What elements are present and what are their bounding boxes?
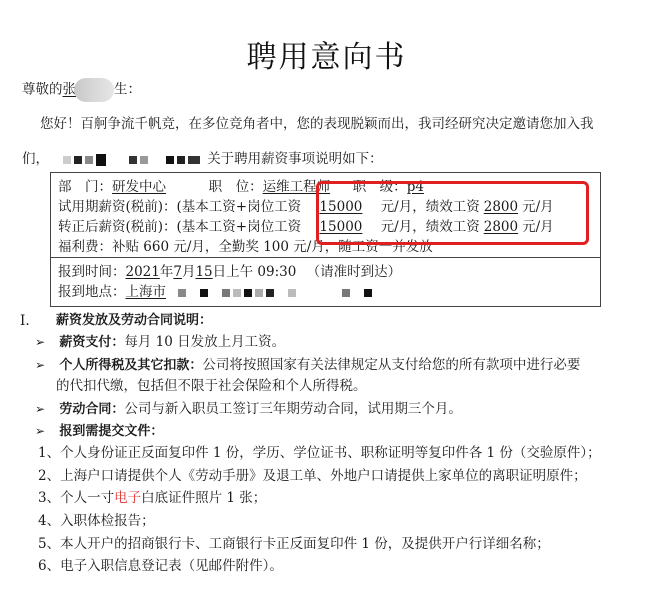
- redacted-company-name: [63, 151, 203, 169]
- report-place-value: 上海市: [126, 284, 167, 300]
- report-time-label: 报到时间：: [58, 264, 126, 280]
- intro-line-2: 们， 关于聘用薪资事项说明如下：: [22, 150, 383, 169]
- day-unit: 日上午 09:30: [213, 264, 297, 280]
- item-text: 个人一寸: [60, 490, 114, 506]
- document-title: 聘用意向书: [0, 32, 653, 76]
- intro-suffix: 关于聘用薪资事项说明如下：: [207, 151, 383, 167]
- item-number: 3、: [38, 490, 60, 506]
- bullet-label: 个人所得税及其它扣款：: [59, 358, 202, 373]
- document-item-4: 4、入职体检报告；: [38, 512, 155, 530]
- item-text: 上海户口请提供个人《劳动手册》及退工单、外地户口请提供上家单位的离职证明原件；: [60, 468, 587, 484]
- report-time-row: 报到时间：2021年7月15日上午 09:30 （请准时到达）: [58, 263, 401, 281]
- report-place-label: 报到地点：: [58, 284, 126, 300]
- section-numeral: I.: [20, 312, 30, 330]
- item-number: 5、: [38, 536, 60, 552]
- month-unit: 月: [182, 264, 196, 280]
- arrow-bullet-icon: ➢: [35, 335, 45, 349]
- greeting: 尊敬的张生：: [22, 78, 141, 102]
- document-item-2: 2、上海户口请提供个人《劳动手册》及退工单、外地户口请提供上家单位的离职证明原件…: [38, 467, 587, 485]
- bullet-label: 薪资支付：: [59, 335, 124, 350]
- bullet-required-documents: ➢ 报到需提交文件：: [35, 422, 163, 441]
- bullet-tax-deduction-continued: 的代扣代缴，包括但不限于社会保险和个人所得税。: [56, 377, 367, 395]
- salary-highlight-box: [316, 181, 589, 245]
- bullet-salary-payment: ➢ 薪资支付：每月 10 日发放上月工资。: [35, 333, 285, 352]
- item-highlight-text: 电子: [114, 490, 141, 506]
- item-text: 个人身份证正反面复印件 1 份，学历、学位证书、职称证明等复印件各 1 份（交验…: [60, 445, 601, 461]
- document-item-5: 5、本人开户的招商银行卡、工商银行卡正反面复印件 1 份，及提供开户行详细名称；: [38, 535, 550, 553]
- bullet-text: 公司将按照国家有关法律规定从支付给您的所有款项中进行必要: [202, 357, 580, 373]
- item-text: 电子入职信息登记表（见邮件附件）。: [60, 558, 283, 574]
- arrow-bullet-icon: ➢: [35, 358, 45, 372]
- section-heading: 薪资发放及劳动合同说明：: [56, 312, 212, 330]
- redacted-name: [74, 78, 114, 102]
- item-number: 1、: [38, 445, 60, 461]
- bullet-label: 劳动合同：: [59, 402, 124, 417]
- greeting-suffix: 生：: [114, 82, 141, 98]
- item-text: 本人开户的招商银行卡、工商银行卡正反面复印件 1 份，及提供开户行详细名称；: [60, 536, 550, 552]
- report-time-note: （请准时到达）: [307, 264, 402, 280]
- item-number: 2、: [38, 468, 60, 484]
- item-text: 入职体检报告；: [60, 513, 155, 529]
- regular-label: 转正后薪资(税前)：(基本工资+岗位工资: [58, 219, 301, 235]
- arrow-bullet-icon: ➢: [35, 402, 45, 416]
- year-unit: 年: [160, 264, 174, 280]
- bullet-tax-deduction: ➢ 个人所得税及其它扣款：公司将按照国家有关法律规定从支付给您的所有款项中进行必…: [35, 356, 580, 375]
- redacted-address: [178, 284, 375, 302]
- item-number: 6、: [38, 558, 60, 574]
- report-day: 15: [195, 264, 212, 280]
- report-year: 2021: [126, 264, 160, 280]
- item-text: 白底证件照片 1 张；: [141, 490, 266, 506]
- department-label: 部 门：: [58, 179, 112, 195]
- bullet-text: 公司与新入职员工签订三年期劳动合同，试用期三个月。: [124, 401, 462, 417]
- document-item-3: 3、个人一寸电子白底证件照片 1 张；: [38, 489, 266, 507]
- report-month: 7: [173, 264, 182, 280]
- bullet-text: 每月 10 日发放上月工资。: [124, 334, 285, 350]
- bullet-labor-contract: ➢ 劳动合同：公司与新入职员工签订三年期劳动合同，试用期三个月。: [35, 400, 462, 419]
- intro-line-1: 您好！百舸争流千帆竞，在多位竞角者中，您的表现脱颖而出，我司经研究决定邀请您加入…: [40, 115, 594, 133]
- probation-label: 试用期薪资(税前)：(基本工资+岗位工资: [58, 199, 301, 215]
- bullet-label: 报到需提交文件：: [59, 424, 163, 439]
- intro-prefix: 们，: [22, 151, 49, 167]
- arrow-bullet-icon: ➢: [35, 424, 45, 438]
- greeting-prefix: 尊敬的: [22, 82, 63, 98]
- box-divider: [51, 257, 600, 258]
- document-item-1: 1、个人身份证正反面复印件 1 份，学历、学位证书、职称证明等复印件各 1 份（…: [38, 444, 601, 462]
- document-item-6: 6、电子入职信息登记表（见邮件附件）。: [38, 557, 283, 575]
- report-place-row: 报到地点：上海市: [58, 283, 375, 302]
- position-label: 职 位：: [209, 179, 263, 195]
- department-value: 研发中心: [112, 179, 166, 195]
- item-number: 4、: [38, 513, 60, 529]
